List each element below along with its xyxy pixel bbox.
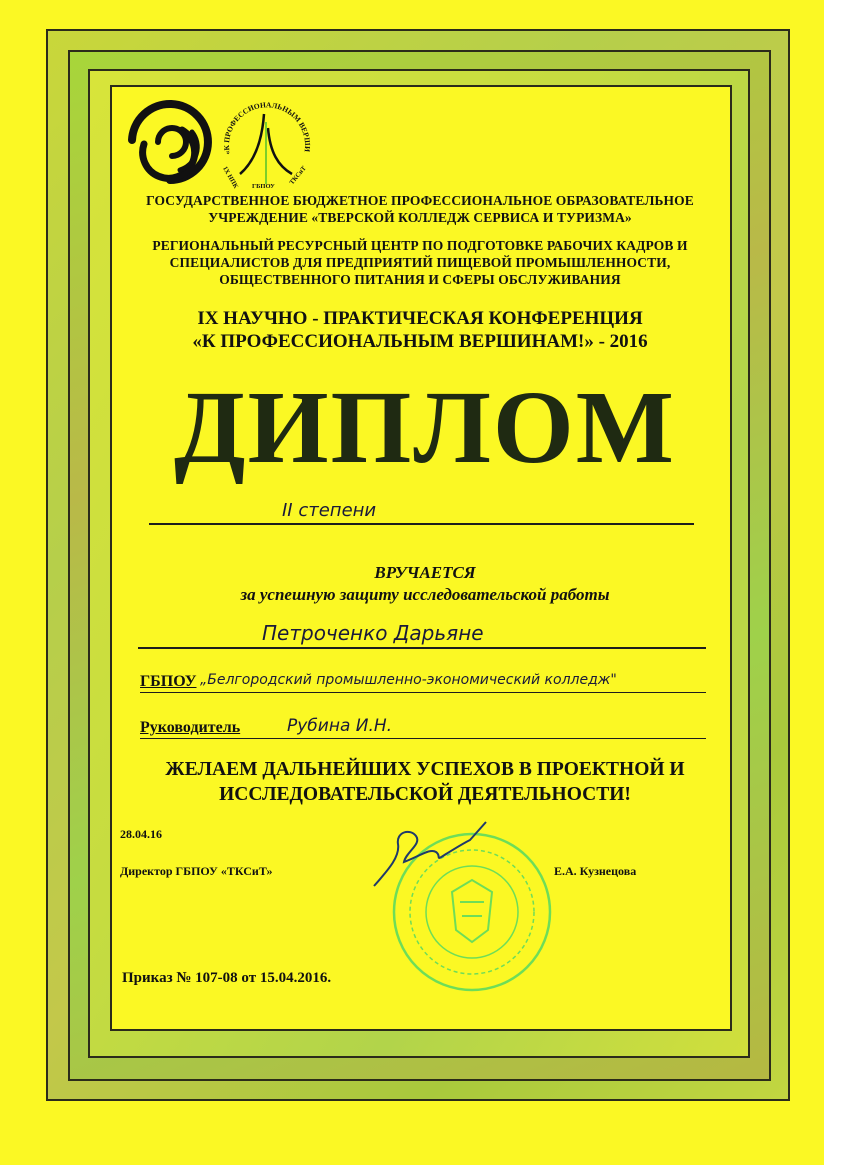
svg-text:IX НПК: IX НПК <box>221 166 239 190</box>
awarded-heading: ВРУЧАЕТСЯ <box>130 563 720 583</box>
logo-group: «К ПРОФЕССИОНАЛЬНЫМ ВЕРШИНАМ!» IX НПК ГБ… <box>122 92 322 192</box>
center-line-3: ОБЩЕСТВЕННОГО ПИТАНИЯ И СФЕРЫ ОБСЛУЖИВАН… <box>120 271 720 288</box>
institution-line-1: ГОСУДАРСТВЕННОЕ БЮДЖЕТНОЕ ПРОФЕССИОНАЛЬН… <box>120 192 720 209</box>
diploma-page: «К ПРОФЕССИОНАЛЬНЫМ ВЕРШИНАМ!» IX НПК ГБ… <box>0 0 824 1165</box>
issue-date: 28.04.16 <box>120 827 162 842</box>
degree-underline <box>149 523 694 525</box>
institution-handwritten: „Белгородский промышленно-экономический … <box>200 672 617 688</box>
institution-line-2: УЧРЕЖДЕНИЕ «ТВЕРСКОЙ КОЛЛЕДЖ СЕРВИСА И Т… <box>120 209 720 226</box>
conference-title: IX НАУЧНО - ПРАКТИЧЕСКАЯ КОНФЕРЕНЦИЯ «К … <box>140 307 700 353</box>
signatory-name: Е.А. Кузнецова <box>554 864 636 879</box>
order-reference: Приказ № 107-08 от 15.04.2016. <box>122 970 331 987</box>
resource-center-name: РЕГИОНАЛЬНЫЙ РЕСУРСНЫЙ ЦЕНТР ПО ПОДГОТОВ… <box>120 237 720 288</box>
conference-line-2: «К ПРОФЕССИОНАЛЬНЫМ ВЕРШИНАМ!» - 2016 <box>140 330 700 353</box>
diploma-title: ДИПЛОМ <box>160 368 690 488</box>
signature-icon <box>370 818 490 888</box>
supervisor-label: Руководитель <box>140 719 240 737</box>
center-line-2: СПЕЦИАЛИСТОВ ДЛЯ ПРЕДПРИЯТИЙ ПИЩЕВОЙ ПРО… <box>120 254 720 271</box>
institution-label: ГБПОУ <box>140 673 197 691</box>
wish-line-1: ЖЕЛАЕМ ДАЛЬНЕЙШИХ УСПЕХОВ В ПРОЕКТНОЙ И <box>130 757 720 782</box>
signatory-position: Директор ГБПОУ «ТКСиТ» <box>120 864 273 879</box>
svg-text:ТКСиТ: ТКСиТ <box>288 165 308 187</box>
svg-text:ГБПОУ: ГБПОУ <box>252 183 275 190</box>
awarded-reason: за успешную защиту исследовательской раб… <box>130 585 720 605</box>
institution-underline <box>140 692 706 693</box>
recipient-underline <box>138 647 706 649</box>
institution-name: ГОСУДАРСТВЕННОЕ БЮДЖЕТНОЕ ПРОФЕССИОНАЛЬН… <box>120 192 720 226</box>
degree-handwritten: II степени <box>282 500 376 521</box>
supervisor-handwritten: Рубина И.Н. <box>287 716 392 736</box>
recipient-handwritten: Петроченко Дарьяне <box>262 621 484 645</box>
conference-emblem-icon: «К ПРОФЕССИОНАЛЬНЫМ ВЕРШИНАМ!» IX НПК ГБ… <box>212 92 322 192</box>
wish-text: ЖЕЛАЕМ ДАЛЬНЕЙШИХ УСПЕХОВ В ПРОЕКТНОЙ И … <box>130 757 720 807</box>
supervisor-underline <box>140 738 706 739</box>
wish-line-2: ИССЛЕДОВАТЕЛЬСКОЙ ДЕЯТЕЛЬНОСТИ! <box>130 782 720 807</box>
center-line-1: РЕГИОНАЛЬНЫЙ РЕСУРСНЫЙ ЦЕНТР ПО ПОДГОТОВ… <box>120 237 720 254</box>
conference-line-1: IX НАУЧНО - ПРАКТИЧЕСКАЯ КОНФЕРЕНЦИЯ <box>140 307 700 330</box>
